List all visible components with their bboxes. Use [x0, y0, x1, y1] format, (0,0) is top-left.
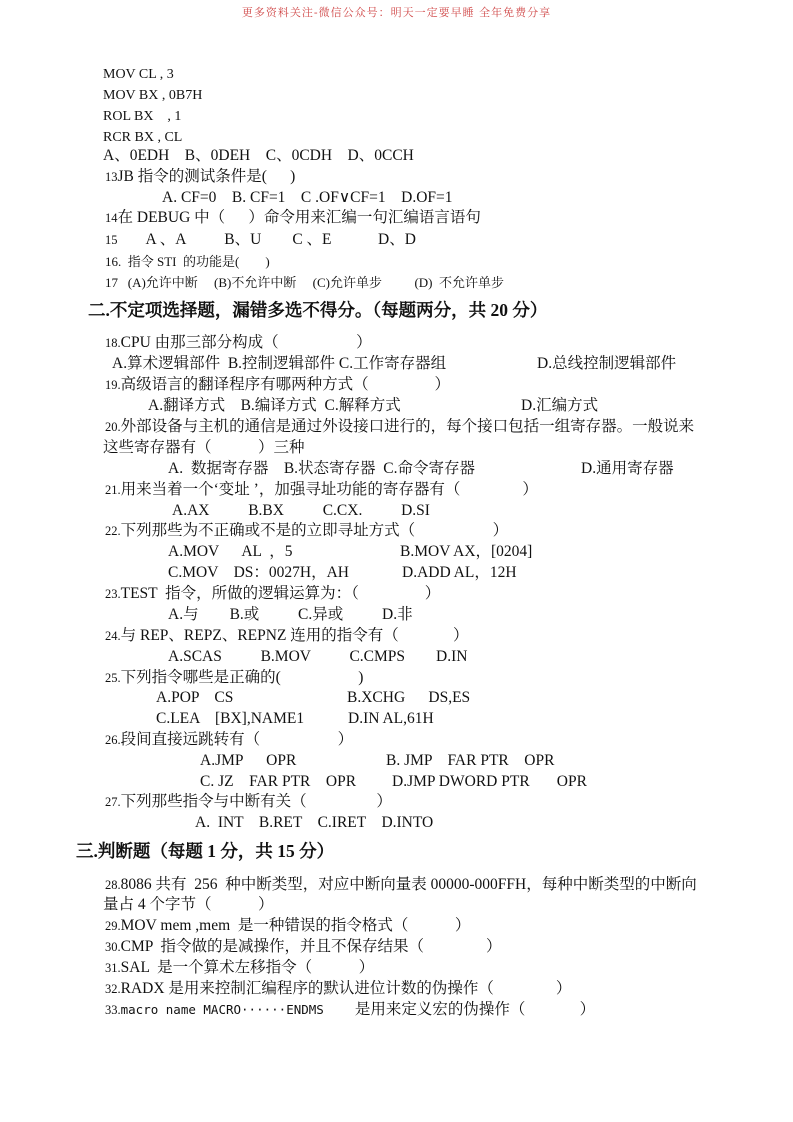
question-number: 22. [105, 524, 121, 538]
q26-option-a: A.JMP OPR [200, 752, 296, 770]
question-17: 17 (A)允许中断 (B)不允许中断 (C)允许单步 (D) 不允许单步 [105, 274, 504, 292]
q24-options: A.SCAS B.MOV C.CMPS D.IN [168, 648, 467, 666]
q27-options: A. INT B.RET C.IRET D.INTO [195, 814, 433, 832]
question-text: TEST 指令，所做的逻辑运算为：（ ） [121, 585, 441, 602]
question-text: 段间直接远跳转有（ ） [121, 731, 354, 748]
question-text: 在 DEBUG 中（ ）命令用来汇编一句汇编语言语句 [118, 209, 481, 226]
question-number: 14 [105, 211, 118, 225]
question-text: 8086 共有 256 种中断类型，对应中断向量表 00000-000FFH，每… [121, 876, 697, 893]
q22-option-c: C.MOV DS：0027H，AH [168, 564, 349, 582]
question-number: 19. [105, 378, 121, 392]
q15-options: A 、A B、U C 、E D、D [146, 231, 416, 248]
question-20: 20.外部设备与主机的通信是通过外设接口进行的，每个接口包括一组寄存器。一般说来 [105, 418, 694, 436]
question-text: CMP 指令做的是减操作，并且不保存结果（ ） [121, 938, 502, 955]
question-text: JB 指令的测试条件是( ) [118, 168, 296, 185]
question-number: 30. [105, 940, 121, 954]
q28-text-continued: 量占 4 个字节（ ） [103, 896, 274, 914]
question-27: 27.下列那些指令与中断有关（ ） [105, 793, 392, 811]
q19-options: A.翻译方式 B.编译方式 C.解释方式 [148, 397, 401, 415]
question-32: 32.RADX 是用来控制汇编程序的默认进位计数的伪操作（ ） [105, 980, 571, 998]
question-text: 下列那些为不正确或不是的立即寻址方式（ ） [121, 522, 509, 539]
q25-option-b: B.XCHG DS,ES [347, 689, 470, 707]
question-text: 与 REP、REPZ、REPNZ 连用的指令有（ ） [121, 627, 469, 644]
question-number: 33. [105, 1003, 121, 1017]
macro-code: macro name MACRO······ENDMS [121, 1002, 324, 1017]
q25-option-a: A.POP CS [156, 689, 233, 707]
question-text: 外部设备与主机的通信是通过外设接口进行的，每个接口包括一组寄存器。一般说来 [121, 418, 695, 435]
question-13: 13JB 指令的测试条件是( ) [105, 168, 295, 186]
q20-options: A. 数据寄存器 B.状态寄存器 C.命令寄存器 [168, 460, 475, 478]
code-line: MOV BX , 0B7H [103, 87, 202, 105]
question-text: 高级语言的翻译程序有哪两种方式（ ） [121, 376, 450, 393]
question-29: 29.MOV mem ,mem 是一种错误的指令格式（ ） [105, 917, 470, 935]
code-line: MOV CL , 3 [103, 66, 174, 84]
question-text: 下列那些指令与中断有关（ ） [121, 793, 392, 810]
question-text: 下列指令哪些是正确的( ) [121, 669, 364, 686]
question-number: 15 [105, 233, 118, 247]
question-14: 14在 DEBUG 中（ ）命令用来汇编一句汇编语言语句 [105, 209, 481, 227]
question-16: 16. 指令 STI 的功能是( ) [105, 253, 270, 271]
question-number: 27. [105, 795, 121, 809]
section-2-heading: 二.不定项选择题，漏错多选不得分。（每题两分，共 20 分） [88, 299, 547, 321]
q19-option-d: D.汇编方式 [521, 397, 598, 415]
question-number: 25. [105, 671, 121, 685]
question-text: 用来当着一个‘变址 ’，加强寻址功能的寄存器有（ ） [121, 481, 538, 498]
q26-option-c: C. JZ FAR PTR OPR [200, 773, 356, 791]
question-number: 18. [105, 336, 121, 350]
q12-options: A、0EDH B、0DEH C、0CDH D、0CCH [103, 147, 414, 165]
question-text: 是用来定义宏的伪操作（ ） [324, 1001, 595, 1018]
q22-option-d: D.ADD AL，12H [402, 564, 517, 582]
question-25: 25.下列指令哪些是正确的( ) [105, 669, 363, 687]
question-number: 23. [105, 587, 121, 601]
question-33: 33.macro name MACRO······ENDMS 是用来定义宏的伪操… [105, 1001, 595, 1019]
q18-option-d: D.总线控制逻辑部件 [537, 355, 676, 373]
question-text: SAL 是一个算术左移指令（ ） [121, 959, 374, 976]
q20-text-continued: 这些寄存器有（ ）三种 [103, 439, 305, 457]
q20-option-d: D.通用寄存器 [581, 460, 674, 478]
question-24: 24.与 REP、REPZ、REPNZ 连用的指令有（ ） [105, 627, 469, 645]
question-number: 29. [105, 919, 121, 933]
q22-option-a: A.MOV AL ，5 [168, 543, 292, 561]
question-23: 23.TEST 指令，所做的逻辑运算为：（ ） [105, 585, 440, 603]
question-text: RADX 是用来控制汇编程序的默认进位计数的伪操作（ ） [121, 980, 572, 997]
watermark-banner: 更多资料关注-微信公众号：明天一定要早睡 全年免费分享 [0, 4, 793, 20]
q13-options: A. CF=0 B. CF=1 C .OF∨CF=1 D.OF=1 [162, 189, 453, 207]
question-number: 32. [105, 982, 121, 996]
q23-options: A.与 B.或 C.异或 D.非 [168, 606, 413, 624]
question-text: MOV mem ,mem 是一种错误的指令格式（ ） [121, 917, 471, 934]
question-15: 15A 、A B、U C 、E D、D [105, 231, 416, 249]
question-number: 31. [105, 961, 121, 975]
question-text: CPU 由那三部分构成（ ） [121, 334, 372, 351]
section-3-heading: 三.判断题（每题 1 分，共 15 分） [76, 840, 334, 862]
question-number: 13 [105, 170, 118, 184]
q25-option-c: C.LEA [BX],NAME1 [156, 710, 304, 728]
question-18: 18.CPU 由那三部分构成（ ） [105, 334, 372, 352]
q26-option-d: D.JMP DWORD PTR OPR [392, 773, 587, 791]
question-21: 21.用来当着一个‘变址 ’，加强寻址功能的寄存器有（ ） [105, 481, 538, 499]
question-26: 26.段间直接远跳转有（ ） [105, 731, 353, 749]
question-number: 24. [105, 629, 121, 643]
question-number: 26. [105, 733, 121, 747]
question-30: 30.CMP 指令做的是减操作，并且不保存结果（ ） [105, 938, 502, 956]
q25-option-d: D.IN AL,61H [348, 710, 434, 728]
q18-options: A.算术逻辑部件 B.控制逻辑部件 C.工作寄存器组 [112, 355, 446, 373]
question-19: 19.高级语言的翻译程序有哪两种方式（ ） [105, 376, 450, 394]
question-number: 28. [105, 878, 121, 892]
q22-option-b: B.MOV AX，[0204] [400, 543, 532, 561]
code-line: ROL BX , 1 [103, 108, 181, 126]
question-number: 20. [105, 420, 121, 434]
question-31: 31.SAL 是一个算术左移指令（ ） [105, 959, 374, 977]
question-number: 21. [105, 483, 121, 497]
question-22: 22.下列那些为不正确或不是的立即寻址方式（ ） [105, 522, 508, 540]
question-28: 28.8086 共有 256 种中断类型，对应中断向量表 00000-000FF… [105, 876, 697, 894]
code-line: RCR BX , CL [103, 129, 182, 147]
q21-options: A.AX B.BX C.CX. D.SI [172, 502, 430, 520]
q26-option-b: B. JMP FAR PTR OPR [386, 752, 554, 770]
